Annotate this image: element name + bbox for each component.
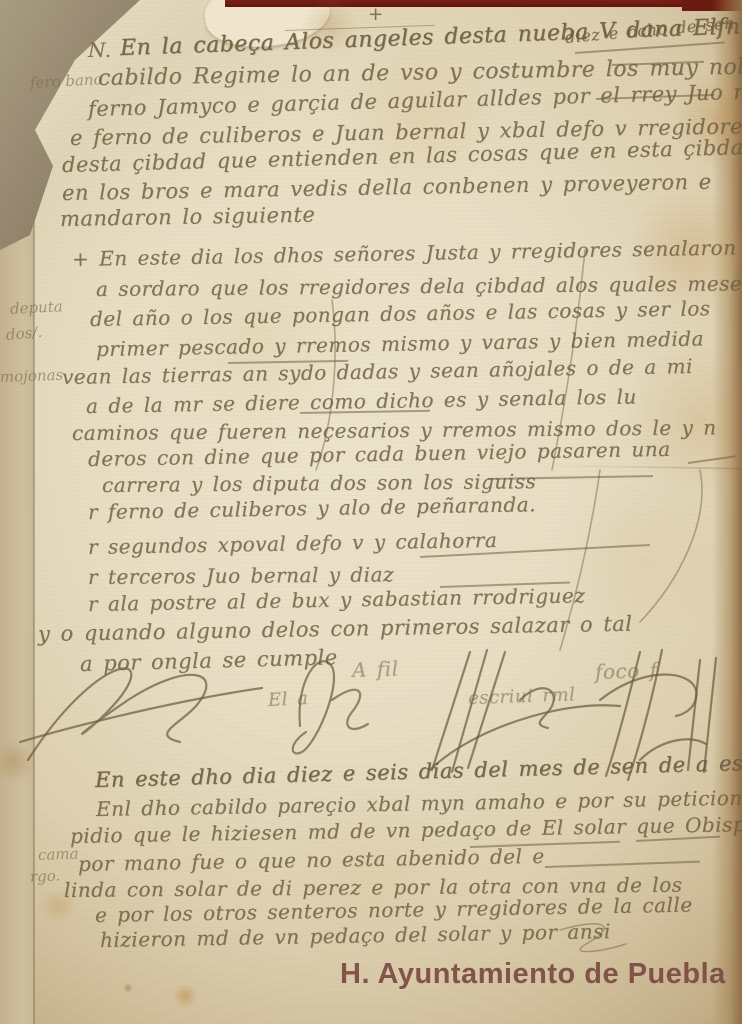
manuscript-line: mandaron lo siguiente — [60, 203, 316, 231]
manuscript-line: por mano fue o que no esta abenido del e — [78, 844, 545, 876]
manuscript-line: + En este dia los dhos señores Justa y r… — [72, 235, 742, 271]
manuscript-scan-page: + N. diez e ocho de sen // En la cabeça … — [0, 0, 742, 1024]
underline-stroke — [545, 861, 700, 868]
top-cross-mark: + — [368, 4, 384, 25]
archive-watermark: H. Ayuntamiento de Puebla — [340, 958, 726, 991]
manuscript-line: a por ongla se cumple — [80, 645, 338, 676]
corner-notary-mark: N. — [88, 38, 112, 62]
list-line-diputado: r ferno de culiberos y alo de peñaranda. — [88, 492, 536, 524]
binding-strip-top — [225, 0, 742, 7]
margin-fragment: fero bano — [30, 70, 103, 92]
margin-note-camargo: cama — [38, 845, 79, 864]
signature-text: escriui rml — [468, 684, 576, 709]
signature-text: A fil — [352, 656, 399, 682]
margin-note-mojonas: mojonas — [0, 366, 64, 386]
signature-text: foco f — [595, 658, 658, 684]
manuscript-line: en los bros e mara vedis della conbenen … — [62, 170, 712, 205]
manuscript-line: del año o los que pongan dos años e las … — [90, 296, 711, 331]
underline-stroke — [470, 841, 620, 848]
manuscript-line: a de la mr se diere como dicho es y sena… — [86, 384, 637, 418]
margin-note-deputados: deputa — [10, 297, 64, 318]
list-line-diputado: r terceros Juo bernal y diaz — [88, 562, 394, 589]
manuscript-line: y o quando alguno delos con primeros sal… — [38, 612, 633, 646]
manuscript-line: En este dho dia diez e seis dias del mes… — [95, 749, 742, 792]
signature-text: El a — [267, 688, 308, 711]
margin-note-camargo: rgo. — [30, 866, 61, 886]
margin-note-deputados: dos/. — [5, 323, 43, 344]
